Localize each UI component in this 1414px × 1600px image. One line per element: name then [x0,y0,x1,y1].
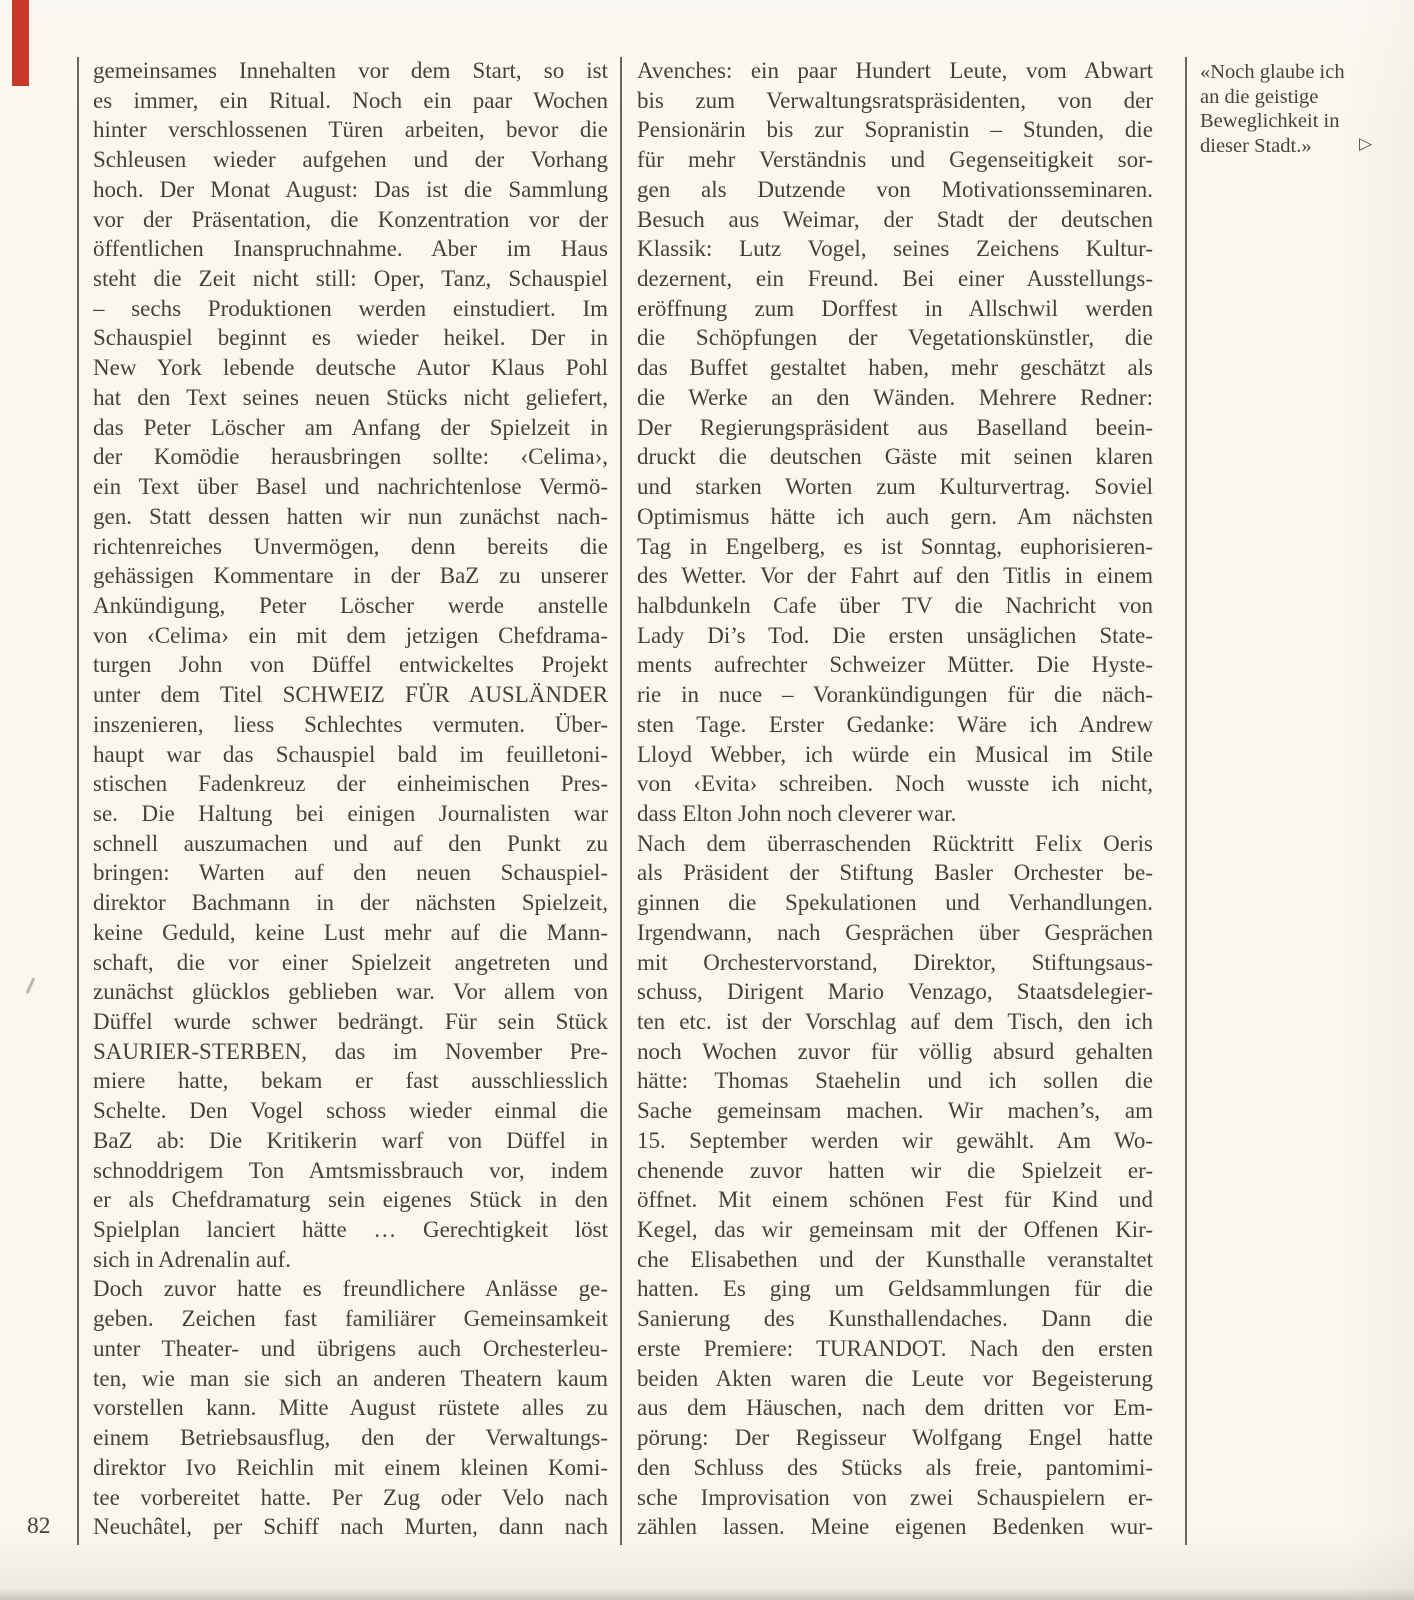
right-margin-rule [1185,57,1187,1545]
text-line: Irgendwann, nach Gesprächen über Gespräc… [637,918,1153,948]
text-line: che Elisabethen und der Kunsthalle veran… [637,1245,1153,1275]
text-line: SAURIER-STERBEN, das im November Pre- [93,1037,608,1067]
text-line: unter dem Titel SCHWEIZ FÜR AUSLÄNDER [93,680,608,710]
margin-quote: «Noch glaube ichan die geistigeBeweglich… [1200,60,1378,158]
text-line: Optimismus hätte ich auch gern. Am nächs… [637,502,1153,532]
text-line: 15. September werden wir gewählt. Am Wo- [637,1126,1153,1156]
text-line: die Schöpfungen der Vegetationskünstler,… [637,323,1153,353]
text-line: dass Elton John noch cleverer war. [637,799,1153,829]
margin-quote-line: «Noch glaube ich [1200,60,1378,85]
text-line: chenende zuvor hatten wir die Spielzeit … [637,1156,1153,1186]
text-line: erste Premiere: TURANDOT. Nach den erste… [637,1334,1153,1364]
text-line: Besuch aus Weimar, der Stadt der deutsch… [637,205,1153,235]
text-line: hinter verschlossenen Türen arbeiten, be… [93,115,608,145]
text-line: hätte: Thomas Staehelin und ich sollen d… [637,1066,1153,1096]
text-line: ten etc. ist der Vorschlag auf dem Tisch… [637,1007,1153,1037]
text-column-left: gemeinsames Innehalten vor dem Start, so… [93,56,608,1542]
text-line: direktor Bachmann in der nächsten Spielz… [93,888,608,918]
text-line: mit Orchestervorstand, Direktor, Stiftun… [637,948,1153,978]
text-line: druckt die deutschen Gäste mit seinen kl… [637,442,1153,472]
text-line: er als Chefdramaturg sein eigenes Stück … [93,1185,608,1215]
text-line: unter Theater- und übrigens auch Orchest… [93,1334,608,1364]
text-line: aus dem Häuschen, nach dem dritten vor E… [637,1393,1153,1423]
text-line: Der Regierungspräsident aus Baselland be… [637,413,1153,443]
text-line: beiden Akten waren die Leute vor Begeist… [637,1364,1153,1394]
page-number: 82 [27,1512,51,1542]
text-line: Ankündigung, Peter Löscher werde anstell… [93,591,608,621]
text-line: das Buffet gestaltet haben, mehr geschät… [637,353,1153,383]
text-line: ein Text über Basel und nachrichtenlose … [93,472,608,502]
text-line: bringen: Warten auf den neuen Schauspiel… [93,858,608,888]
text-line: Nach dem überraschenden Rücktritt Felix … [637,829,1153,859]
continuation-triangle-icon: ▷ [1359,132,1372,156]
text-line: vorstellen kann. Mitte August rüstete al… [93,1393,608,1423]
text-line: Neuchâtel, per Schiff nach Murten, dann … [93,1512,608,1542]
text-line: das Peter Löscher am Anfang der Spielzei… [93,413,608,443]
text-line: ten, wie man sie sich an anderen Theater… [93,1364,608,1394]
text-line: Spielplan lanciert hätte … Gerechtigkeit… [93,1215,608,1245]
text-line: Sache gemeinsam machen. Wir machen’s, am [637,1096,1153,1126]
text-line: den Schluss des Stücks als freie, pantom… [637,1453,1153,1483]
text-line: rie in nuce – Vorankündigungen für die n… [637,680,1153,710]
text-line: turgen John von Düffel entwickeltes Proj… [93,650,608,680]
text-line: von ‹Celima› ein mit dem jetzigen Chefdr… [93,621,608,651]
text-line: die Werke an den Wänden. Mehrere Redner: [637,383,1153,413]
text-line: schnell auszumachen und auf den Punkt zu [93,829,608,859]
text-line: – sechs Produktionen werden einstudiert.… [93,294,608,324]
text-line: Tag in Engelberg, es ist Sonntag, euphor… [637,532,1153,562]
text-line: hat den Text seines neuen Stücks nicht g… [93,383,608,413]
text-line: Avenches: ein paar Hundert Leute, vom Ab… [637,56,1153,86]
text-line: Schleusen wieder aufgehen und der Vorhan… [93,145,608,175]
text-line: schuss, Dirigent Mario Venzago, Staatsde… [637,977,1153,1007]
margin-quote-line: dieser Stadt.» [1200,134,1378,159]
text-line: ments aufrechter Schweizer Mütter. Die H… [637,650,1153,680]
text-line: se. Die Haltung bei einigen Journalisten… [93,799,608,829]
text-line: des Wetter. Vor der Fahrt auf den Titlis… [637,561,1153,591]
text-line: vor der Präsentation, die Konzentration … [93,205,608,235]
text-line: haupt war das Schauspiel bald im feuille… [93,740,608,770]
text-line: gehässigen Kommentare in der BaZ zu unse… [93,561,608,591]
text-line: zunächst glücklos geblieben war. Vor all… [93,977,608,1007]
text-line: pörung: Der Regisseur Wolfgang Engel hat… [637,1423,1153,1453]
left-margin-rule [77,57,79,1545]
text-line: Lloyd Webber, ich würde ein Musical im S… [637,740,1153,770]
text-line: gen. Statt dessen hatten wir nun zunächs… [93,502,608,532]
text-line: zählen lassen. Meine eigenen Bedenken wu… [637,1512,1153,1542]
text-line: gemeinsames Innehalten vor dem Start, so… [93,56,608,86]
text-line: öffnet. Mit einem schönen Fest für Kind … [637,1185,1153,1215]
text-line: sche Improvisation von zwei Schauspieler… [637,1483,1153,1513]
text-line: Lady Di’s Tod. Die ersten unsäglichen St… [637,621,1153,651]
text-line: hoch. Der Monat August: Das ist die Samm… [93,175,608,205]
text-line: steht die Zeit nicht still: Oper, Tanz, … [93,264,608,294]
text-line: Sanierung des Kunsthallendaches. Dann di… [637,1304,1153,1334]
text-line: miere hatte, bekam er fast ausschliessli… [93,1066,608,1096]
red-edge-mark [12,0,29,86]
text-line: für mehr Verständnis und Gegenseitigkeit… [637,145,1153,175]
text-line: New York lebende deutsche Autor Klaus Po… [93,353,608,383]
text-line: ginnen die Spekulationen und Verhandlung… [637,888,1153,918]
column-divider-rule [620,57,622,1545]
text-line: Doch zuvor hatte es freundlichere Anläss… [93,1274,608,1304]
text-line: BaZ ab: Die Kritikerin warf von Düffel i… [93,1126,608,1156]
book-page: gemeinsames Innehalten vor dem Start, so… [0,0,1414,1600]
text-line: Schauspiel beginnt es wieder heikel. Der… [93,323,608,353]
text-line: und starken Worten zum Kulturvertrag. So… [637,472,1153,502]
text-line: der Komödie herausbringen sollte: ‹Celim… [93,442,608,472]
text-line: einem Betriebsausflug, den der Verwaltun… [93,1423,608,1453]
pen-mark [26,977,35,994]
margin-quote-line: an die geistige [1200,85,1378,110]
text-line: inszenieren, liess Schlechtes vermuten. … [93,710,608,740]
text-line: sten Tage. Erster Gedanke: Wäre ich Andr… [637,710,1153,740]
text-line: dezernent, ein Freund. Bei einer Ausstel… [637,264,1153,294]
text-line: eröffnung zum Dorffest in Allschwil werd… [637,294,1153,324]
text-line: Klassik: Lutz Vogel, seines Zeichens Kul… [637,234,1153,264]
text-line: als Präsident der Stiftung Basler Orches… [637,858,1153,888]
text-line: noch Wochen zuvor für völlig absurd geha… [637,1037,1153,1067]
text-line: öffentlichen Inanspruchnahme. Aber im Ha… [93,234,608,264]
text-line: richtenreiches Unvermögen, denn bereits … [93,532,608,562]
text-line: sich in Adrenalin auf. [93,1245,608,1275]
text-line: es immer, ein Ritual. Noch ein paar Woch… [93,86,608,116]
text-line: hatten. Es ging um Geldsammlungen für di… [637,1274,1153,1304]
text-line: Düffel wurde schwer bedrängt. Für sein S… [93,1007,608,1037]
text-line: Kegel, das wir gemeinsam mit der Offenen… [637,1215,1153,1245]
text-line: Schelte. Den Vogel schoss wieder einmal … [93,1096,608,1126]
text-line: halbdunkeln Cafe über TV die Nachricht v… [637,591,1153,621]
text-line: schaft, die vor einer Spielzeit angetret… [93,948,608,978]
text-line: gen als Dutzende von Motivationsseminare… [637,175,1153,205]
text-line: direktor Ivo Reichlin mit einem kleinen … [93,1453,608,1483]
text-line: bis zum Verwaltungsratspräsidenten, von … [637,86,1153,116]
text-line: keine Geduld, keine Lust mehr auf die Ma… [93,918,608,948]
text-column-right: Avenches: ein paar Hundert Leute, vom Ab… [637,56,1153,1542]
margin-quote-line: Beweglichkeit in [1200,109,1378,134]
text-line: von ‹Evita› schreiben. Noch wusste ich n… [637,769,1153,799]
text-line: geben. Zeichen fast familiärer Gemeinsam… [93,1304,608,1334]
text-line: tee vorbereitet hatte. Per Zug oder Velo… [93,1483,608,1513]
text-line: schnoddrigem Ton Amtsmissbrauch vor, ind… [93,1156,608,1186]
text-line: stischen Fadenkreuz der einheimischen Pr… [93,769,608,799]
text-line: Pensionärin bis zur Sopranistin – Stunde… [637,115,1153,145]
